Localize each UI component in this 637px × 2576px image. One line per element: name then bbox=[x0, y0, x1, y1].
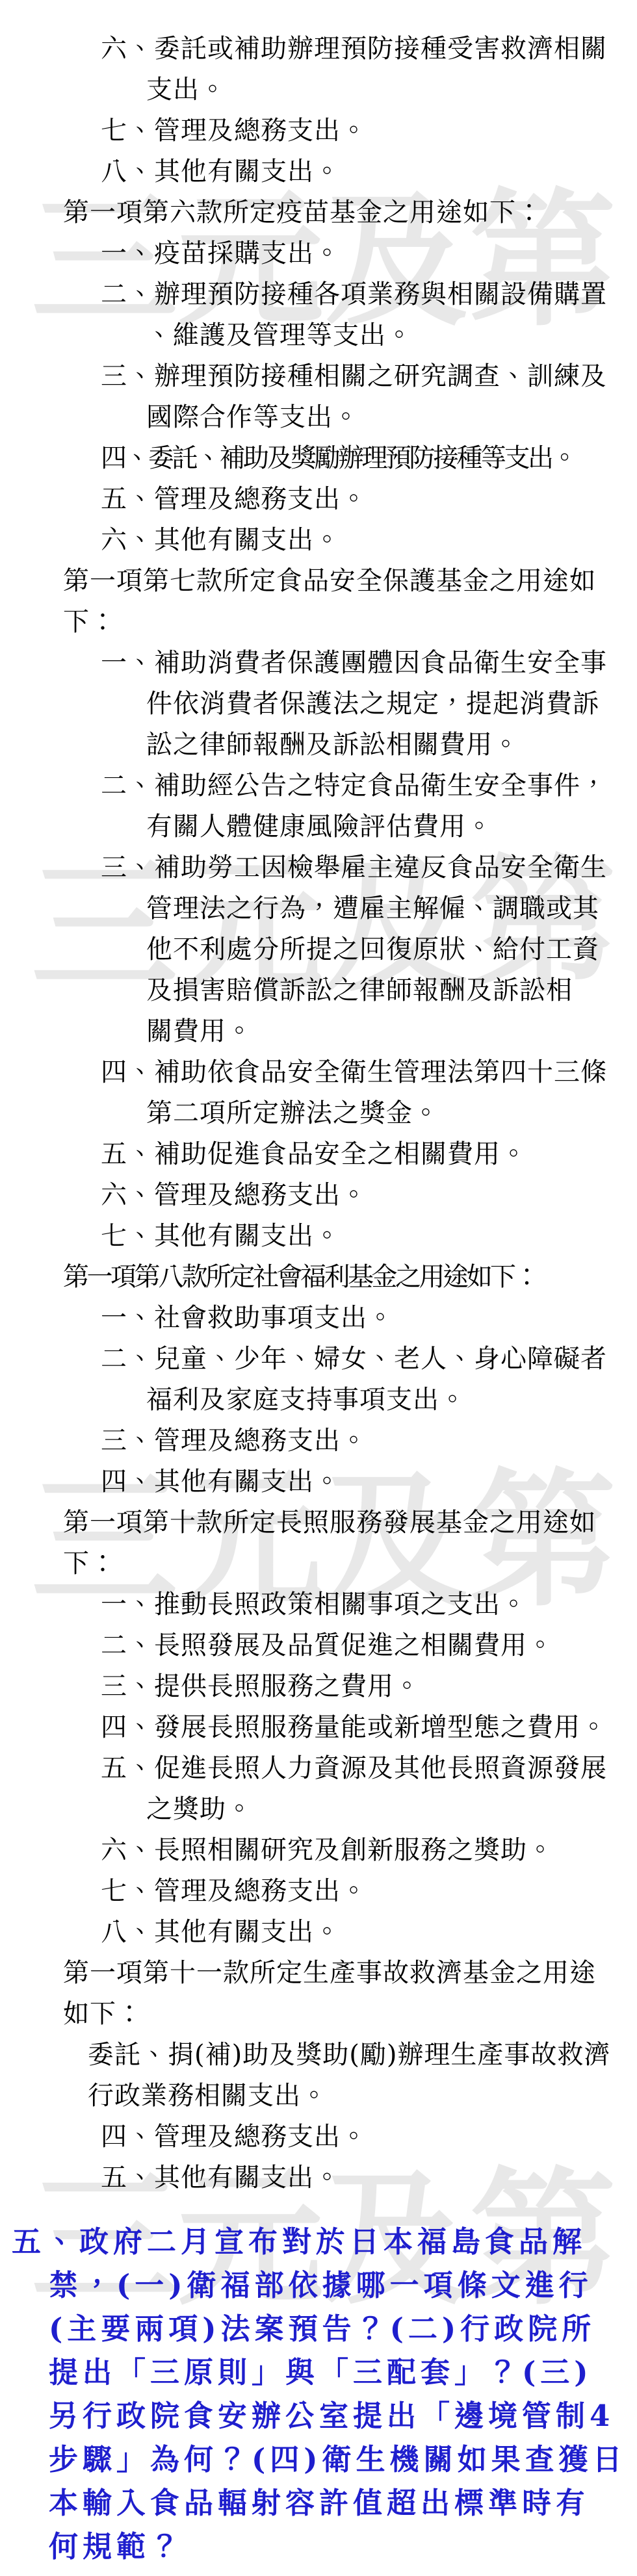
regulation-line: 三、辦理預防接種相關之研究調查、訓練及 bbox=[0, 356, 637, 397]
regulation-line: 六、管理及總務支出。 bbox=[0, 1175, 637, 1216]
regulation-line: 第一項第十一款所定生產事故救濟基金之用途 bbox=[0, 1953, 637, 1994]
regulation-line: 一、補助消費者保護團體因食品衛生安全事 bbox=[0, 643, 637, 684]
regulation-line: 及損害賠償訴訟之律師報酬及訴訟相 bbox=[0, 970, 637, 1011]
regulation-line: 如下： bbox=[0, 1994, 637, 2035]
question-line: (主要兩項)法案預告？(二)行政院所 bbox=[0, 2307, 637, 2351]
regulation-line: 第一項第七款所定食品安全保護基金之用途如 bbox=[0, 561, 637, 602]
question-line: 禁，(一)衛福部依據哪一項條文進行 bbox=[0, 2263, 637, 2307]
regulation-line: 管理法之行為，遭雇主解僱、調職或其 bbox=[0, 888, 637, 929]
regulation-line: 福利及家庭支持事項支出。 bbox=[0, 1380, 637, 1421]
regulation-line: 支出。 bbox=[0, 70, 637, 110]
regulation-line: 一、疫苗採購支出。 bbox=[0, 233, 637, 274]
question-line: 何規範？ bbox=[0, 2525, 637, 2568]
regulation-line: 一、社會救助事項支出。 bbox=[0, 1298, 637, 1339]
question-line: 另行政院食安辦公室提出「邊境管制4 bbox=[0, 2394, 637, 2438]
regulation-line: 五、管理及總務支出。 bbox=[0, 479, 637, 520]
scanned-document-page: 三元及第三元及第三元及第三元及第 六、委託或補助辦理預防接種受害救濟相關支出。七… bbox=[0, 0, 637, 2576]
regulation-line: 訟之律師報酬及訴訟相關費用。 bbox=[0, 725, 637, 766]
regulation-line: 第一項第八款所定社會福利基金之用途如下： bbox=[0, 1257, 637, 1298]
regulation-line: 、維護及管理等支出。 bbox=[0, 315, 637, 356]
regulation-line: 五、促進長照人力資源及其他長照資源發展 bbox=[0, 1748, 637, 1789]
regulation-line: 第一項第十款所定長照服務發展基金之用途如 bbox=[0, 1502, 637, 1543]
regulation-line: 二、補助經公告之特定食品衛生安全事件， bbox=[0, 766, 637, 806]
regulation-line: 第二項所定辦法之獎金。 bbox=[0, 1093, 637, 1134]
question-line: 五、政府二月宣布對於日本福島食品解 bbox=[0, 2220, 637, 2263]
regulation-line: 關費用。 bbox=[0, 1011, 637, 1052]
regulation-line: 六、其他有關支出。 bbox=[0, 520, 637, 561]
question-line: 提出「三原則」與「三配套」？(三) bbox=[0, 2351, 637, 2394]
regulation-line: 六、長照相關研究及創新服務之獎助。 bbox=[0, 1830, 637, 1871]
exam-question-block: 五、政府二月宣布對於日本福島食品解禁，(一)衛福部依據哪一項條文進行(主要兩項)… bbox=[0, 2220, 637, 2568]
regulation-line: 七、管理及總務支出。 bbox=[0, 110, 637, 151]
regulation-line: 二、辦理預防接種各項業務與相關設備購置 bbox=[0, 274, 637, 315]
regulation-text-block: 六、委託或補助辦理預防接種受害救濟相關支出。七、管理及總務支出。八、其他有關支出… bbox=[0, 29, 637, 2198]
regulation-line: 第一項第六款所定疫苗基金之用途如下： bbox=[0, 192, 637, 233]
regulation-line: 之獎助。 bbox=[0, 1789, 637, 1830]
regulation-line: 八、其他有關支出。 bbox=[0, 151, 637, 192]
regulation-line: 四、補助依食品安全衛生管理法第四十三條 bbox=[0, 1052, 637, 1093]
regulation-line: 三、補助勞工因檢舉雇主違反食品安全衛生 bbox=[0, 847, 637, 888]
regulation-line: 行政業務相關支出。 bbox=[0, 2076, 637, 2117]
regulation-line: 二、兒童、少年、婦女、老人、身心障礙者 bbox=[0, 1339, 637, 1380]
regulation-line: 四、其他有關支出。 bbox=[0, 1462, 637, 1502]
question-line: 步驟」為何？(四)衛生機關如果查獲日 bbox=[0, 2438, 637, 2481]
regulation-line: 二、長照發展及品質促進之相關費用。 bbox=[0, 1625, 637, 1666]
regulation-line: 委託、捐(補)助及獎助(勵)辦理生產事故救濟 bbox=[0, 2035, 637, 2076]
regulation-line: 他不利處分所提之回復原狀、給付工資 bbox=[0, 929, 637, 970]
regulation-line: 三、提供長照服務之費用。 bbox=[0, 1666, 637, 1707]
question-line: 本輸入食品輻射容許值超出標準時有 bbox=[0, 2481, 637, 2525]
regulation-line: 四、發展長照服務量能或新增型態之費用。 bbox=[0, 1707, 637, 1748]
regulation-line: 五、補助促進食品安全之相關費用。 bbox=[0, 1134, 637, 1175]
regulation-line: 八、其他有關支出。 bbox=[0, 1912, 637, 1953]
regulation-line: 四、委託、補助及獎勵辦理預防接種等支出。 bbox=[0, 438, 637, 479]
regulation-line: 三、管理及總務支出。 bbox=[0, 1421, 637, 1462]
regulation-line: 件依消費者保護法之規定，提起消費訴 bbox=[0, 684, 637, 725]
regulation-line: 七、其他有關支出。 bbox=[0, 1216, 637, 1257]
regulation-line: 國際合作等支出。 bbox=[0, 397, 637, 438]
regulation-line: 五、其他有關支出。 bbox=[0, 2157, 637, 2198]
regulation-line: 一、推動長照政策相關事項之支出。 bbox=[0, 1584, 637, 1625]
regulation-line: 七、管理及總務支出。 bbox=[0, 1871, 637, 1912]
regulation-line: 下： bbox=[0, 1543, 637, 1584]
regulation-line: 有關人體健康風險評估費用。 bbox=[0, 806, 637, 847]
regulation-line: 六、委託或補助辦理預防接種受害救濟相關 bbox=[0, 29, 637, 70]
regulation-line: 下： bbox=[0, 602, 637, 643]
regulation-line: 四、管理及總務支出。 bbox=[0, 2117, 637, 2157]
